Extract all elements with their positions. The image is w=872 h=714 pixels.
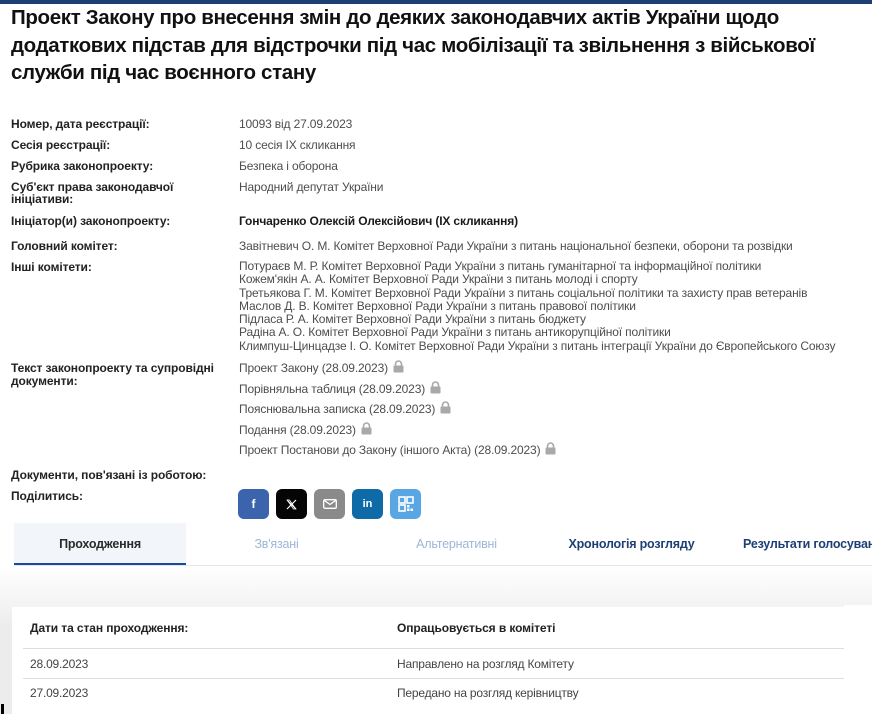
committee-item: Підласа Р. А. Комітет Верховної Ради Укр…: [239, 313, 872, 326]
lock-icon: [545, 442, 556, 456]
facebook-icon: f: [252, 497, 256, 511]
session-value: 10 сесія IX скликання: [239, 139, 872, 151]
tab-related[interactable]: Зв'язані: [194, 523, 359, 565]
tab-bar: Проходження Зв'язані Альтернативні Хроно…: [14, 523, 872, 566]
committee-item: Радіна А. О. Комітет Верховної Ради Укра…: [239, 326, 872, 339]
email-icon: [323, 499, 337, 509]
committee-item: Потураєв М. Р. Комітет Верховної Ради Ук…: [239, 260, 872, 273]
committee-item: Маслов Д. В. Комітет Верховної Ради Укра…: [239, 300, 872, 313]
document-item[interactable]: Порівняльна таблиця (28.09.2023): [239, 382, 872, 403]
passage-status: Передано на розгляд керівництву: [397, 686, 578, 700]
passage-date: 27.09.2023: [30, 686, 88, 700]
rubric-label: Рубрика законопроекту:: [11, 160, 226, 172]
registration-value: 10093 від 27.09.2023: [239, 118, 872, 130]
document-link[interactable]: Подання (28.09.2023): [239, 423, 356, 437]
document-item[interactable]: Пояснювальна записка (28.09.2023): [239, 402, 872, 423]
email-share-button[interactable]: [314, 489, 345, 519]
lock-icon: [430, 381, 441, 395]
documents-list: Проект Закону (28.09.2023) Порівняльна т…: [239, 361, 872, 464]
x-icon: [286, 499, 297, 510]
document-item[interactable]: Проект Постанови до Закону (іншого Акта)…: [239, 443, 872, 464]
document-link[interactable]: Порівняльна таблиця (28.09.2023): [239, 382, 425, 396]
share-buttons: f in: [238, 489, 421, 519]
committee-item: Третьякова Г. М. Комітет Верховної Ради …: [239, 287, 872, 300]
share-label: Поділитись:: [11, 490, 226, 502]
linkedin-icon: in: [363, 498, 373, 510]
documents-label: Текст законопроекту та супровідні докуме…: [11, 362, 221, 388]
document-link[interactable]: Проект Закону (28.09.2023): [239, 361, 388, 375]
tab-passage[interactable]: Проходження: [14, 523, 186, 566]
passage-date: 28.09.2023: [30, 657, 88, 671]
document-item[interactable]: Проект Закону (28.09.2023): [239, 361, 872, 382]
subject-value: Народний депутат України: [239, 181, 872, 193]
session-label: Сесія реєстрації:: [11, 139, 226, 151]
row-divider: [23, 678, 844, 679]
other-committees-list: Потураєв М. Р. Комітет Верховної Ради Ук…: [239, 260, 872, 353]
document-link[interactable]: Пояснювальна записка (28.09.2023): [239, 402, 435, 416]
initiator-link[interactable]: Гончаренко Олексій Олексійович (IX склик…: [239, 215, 872, 227]
facebook-share-button[interactable]: f: [238, 489, 269, 519]
tab-alternative[interactable]: Альтернативні: [374, 523, 539, 565]
passage-header-dates: Дати та стан проходження:: [30, 621, 188, 635]
document-link[interactable]: Проект Постанови до Закону (іншого Акта)…: [239, 443, 540, 457]
related-docs-label: Документи, пов'язані із роботою:: [11, 469, 251, 481]
main-committee-value: Завітневич О. М. Комітет Верховної Ради …: [239, 240, 872, 252]
initiator-label: Ініціатор(и) законопроекту:: [11, 215, 226, 227]
text-cursor: [1, 704, 4, 714]
subject-label: Суб'єкт права законодавчої ініціативи:: [11, 181, 201, 205]
lock-icon: [361, 422, 372, 436]
linkedin-share-button[interactable]: in: [352, 489, 383, 519]
panel-edge: [844, 605, 872, 714]
tab-voting-results[interactable]: Результати голосуванн: [743, 523, 872, 565]
x-share-button[interactable]: [276, 489, 307, 519]
rubric-value: Безпека і оборона: [239, 160, 872, 172]
document-item[interactable]: Подання (28.09.2023): [239, 423, 872, 444]
lock-icon: [440, 401, 451, 415]
qr-code-button[interactable]: [390, 489, 421, 519]
passage-header-status: Опрацьовується в комітеті: [397, 621, 555, 635]
committee-item: Климпуш-Цинцадзе І. О. Комітет Верховної…: [239, 340, 872, 353]
committee-item: Кожем'якін А. А. Комітет Верховної Ради …: [239, 273, 872, 286]
other-committees-label: Інші комітети:: [11, 261, 226, 273]
registration-label: Номер, дата реєстрації:: [11, 118, 226, 130]
lock-icon: [393, 360, 404, 374]
qr-code-icon: [398, 496, 414, 512]
page-title: Проект Закону про внесення змін до деяки…: [11, 4, 861, 87]
tab-chronology[interactable]: Хронологія розгляду: [549, 523, 714, 565]
passage-panel: Дати та стан проходження: Опрацьовується…: [12, 607, 844, 714]
row-divider: [23, 648, 844, 649]
main-committee-label: Головний комітет:: [11, 240, 226, 252]
passage-status: Направлено на розгляд Комітету: [397, 657, 574, 671]
